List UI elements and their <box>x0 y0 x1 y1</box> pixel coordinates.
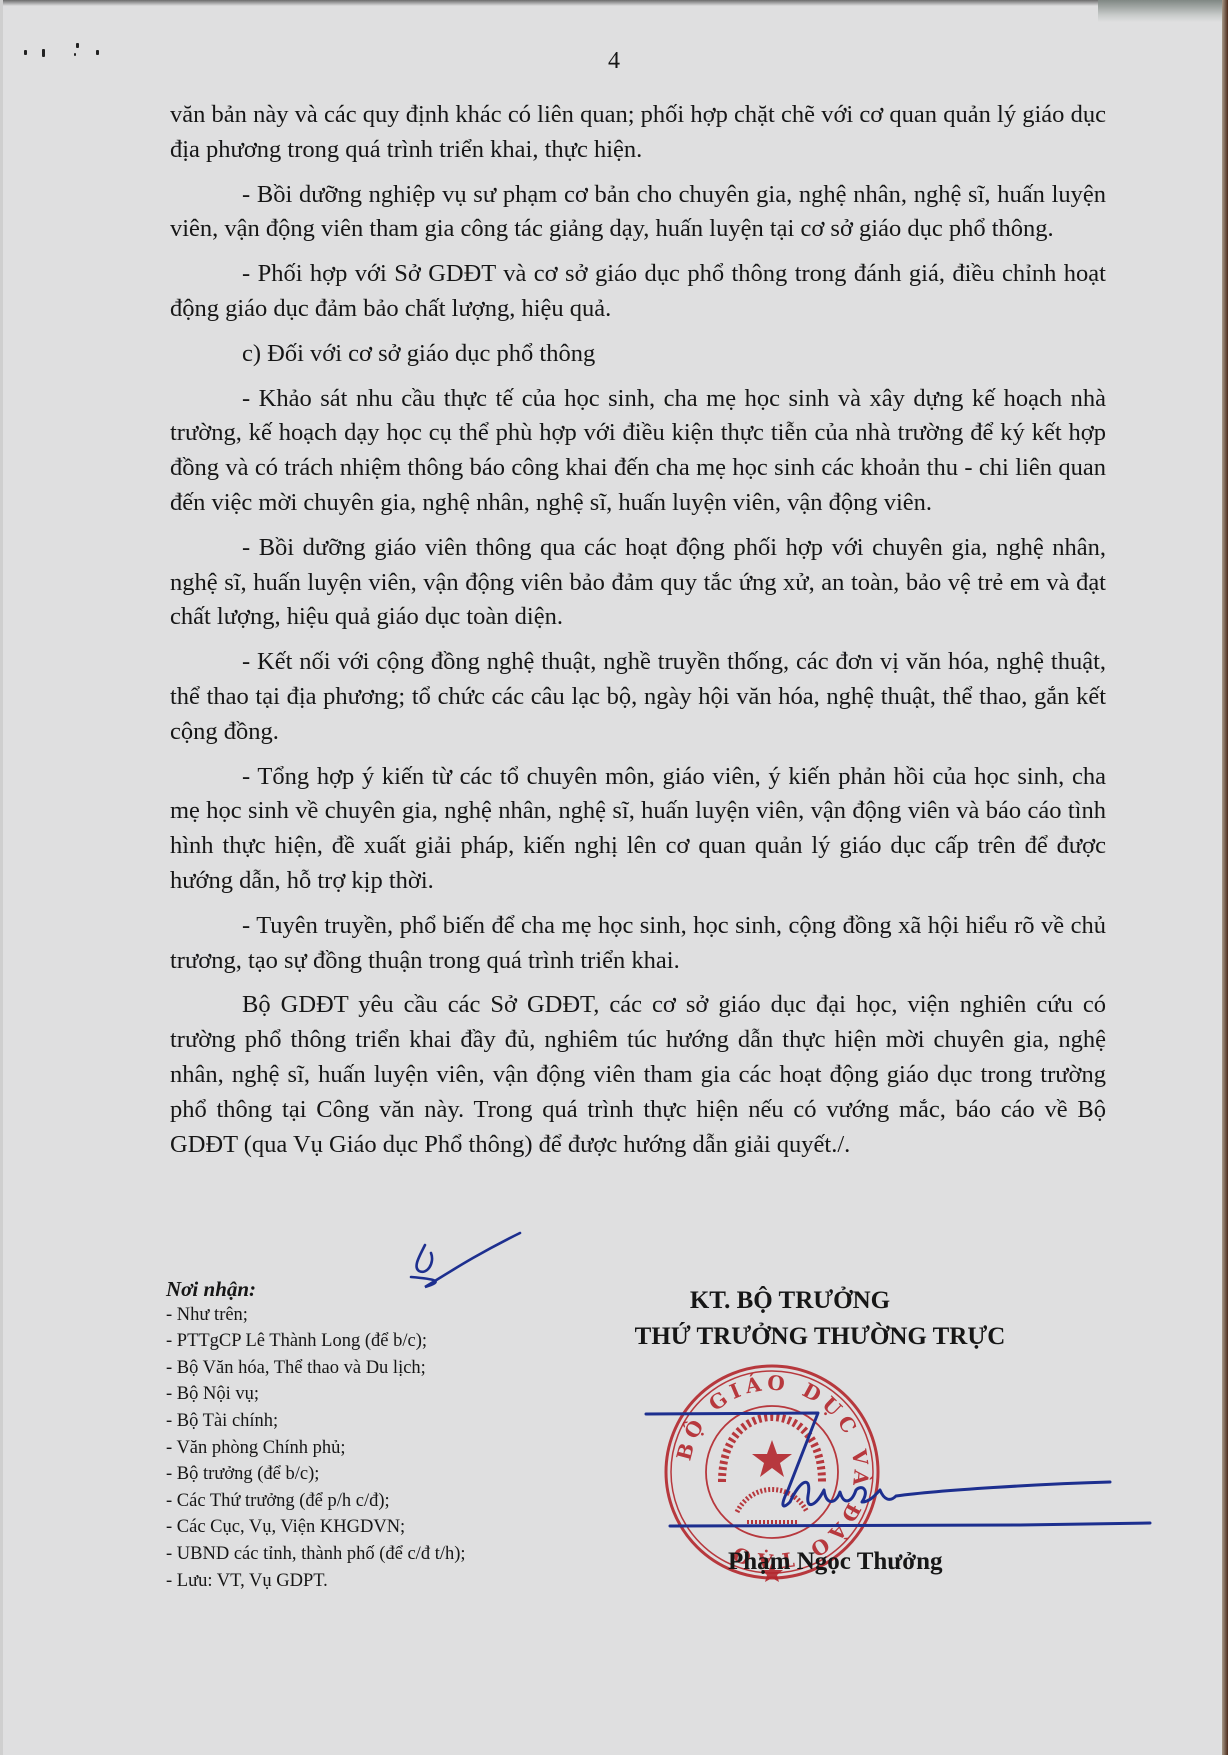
paragraph: Bộ GDĐT yêu cầu các Sở GDĐT, các cơ sở g… <box>170 988 1106 1162</box>
paragraph: - Tuyên truyền, phổ biến để cha mẹ học s… <box>170 909 1106 979</box>
recipient-item: - Các Thứ trưởng (để p/h c/đ); <box>166 1488 566 1515</box>
paragraph: - Tổng hợp ý kiến từ các tổ chuyên môn, … <box>170 760 1106 899</box>
handwritten-signature <box>640 1410 1180 1570</box>
recipient-item: - Bộ Nội vụ; <box>166 1381 566 1408</box>
recipients-block: Nơi nhận: - Như trên;- PTTgCP Lê Thành L… <box>166 1276 566 1594</box>
recipient-item: - Bộ trưởng (để b/c); <box>166 1461 566 1488</box>
paragraph: văn bản này và các quy định khác có liên… <box>170 98 1106 168</box>
recipients-list: - Như trên;- PTTgCP Lê Thành Long (để b/… <box>166 1302 566 1595</box>
signature-block: KT. BỘ TRƯỞNG THỨ TRƯỞNG THƯỜNG TRỰC <box>600 1283 1120 1355</box>
signer-name: Phạm Ngọc Thưởng <box>728 1548 943 1576</box>
recipient-item: - Văn phòng Chính phủ; <box>166 1435 566 1462</box>
recipient-item: - PTTgCP Lê Thành Long (để b/c); <box>166 1328 566 1355</box>
paragraph: - Bồi dưỡng giáo viên thông qua các hoạt… <box>170 531 1106 635</box>
page-edge-top <box>0 0 1228 6</box>
recipient-item: - UBND các tỉnh, thành phố (để c/đ t/h); <box>166 1541 566 1568</box>
page-edge-right <box>1222 0 1228 1755</box>
page-edge-left <box>0 0 3 1755</box>
recipient-item: - Bộ Tài chính; <box>166 1408 566 1435</box>
recipient-item: - Lưu: VT, Vụ GDPT. <box>166 1568 566 1595</box>
paragraph: - Khảo sát nhu cầu thực tế của học sinh,… <box>170 382 1106 521</box>
signer-role-line2: THỨ TRƯỞNG THƯỜNG TRỰC <box>600 1319 1120 1355</box>
signer-role-line1: KT. BỘ TRƯỞNG <box>600 1283 1120 1319</box>
recipient-item: - Bộ Văn hóa, Thể thao và Du lịch; <box>166 1355 566 1382</box>
recipient-item: - Các Cục, Vụ, Viện KHGDVN; <box>166 1514 566 1541</box>
page-edge-shadow <box>1098 0 1228 22</box>
paragraph: - Phối hợp với Sở GDĐT và cơ sở giáo dục… <box>170 257 1106 327</box>
document-body: văn bản này và các quy định khác có liên… <box>170 98 1106 1172</box>
paragraph: - Bồi dưỡng nghiệp vụ sư phạm cơ bản cho… <box>170 178 1106 248</box>
recipients-title: Nơi nhận: <box>166 1276 566 1303</box>
recipient-item: - Như trên; <box>166 1302 566 1329</box>
section-heading: c) Đối với cơ sở giáo dục phổ thông <box>170 337 1106 372</box>
page-number: 4 <box>0 48 1228 75</box>
paragraph: - Kết nối với cộng đồng nghệ thuật, nghề… <box>170 645 1106 749</box>
